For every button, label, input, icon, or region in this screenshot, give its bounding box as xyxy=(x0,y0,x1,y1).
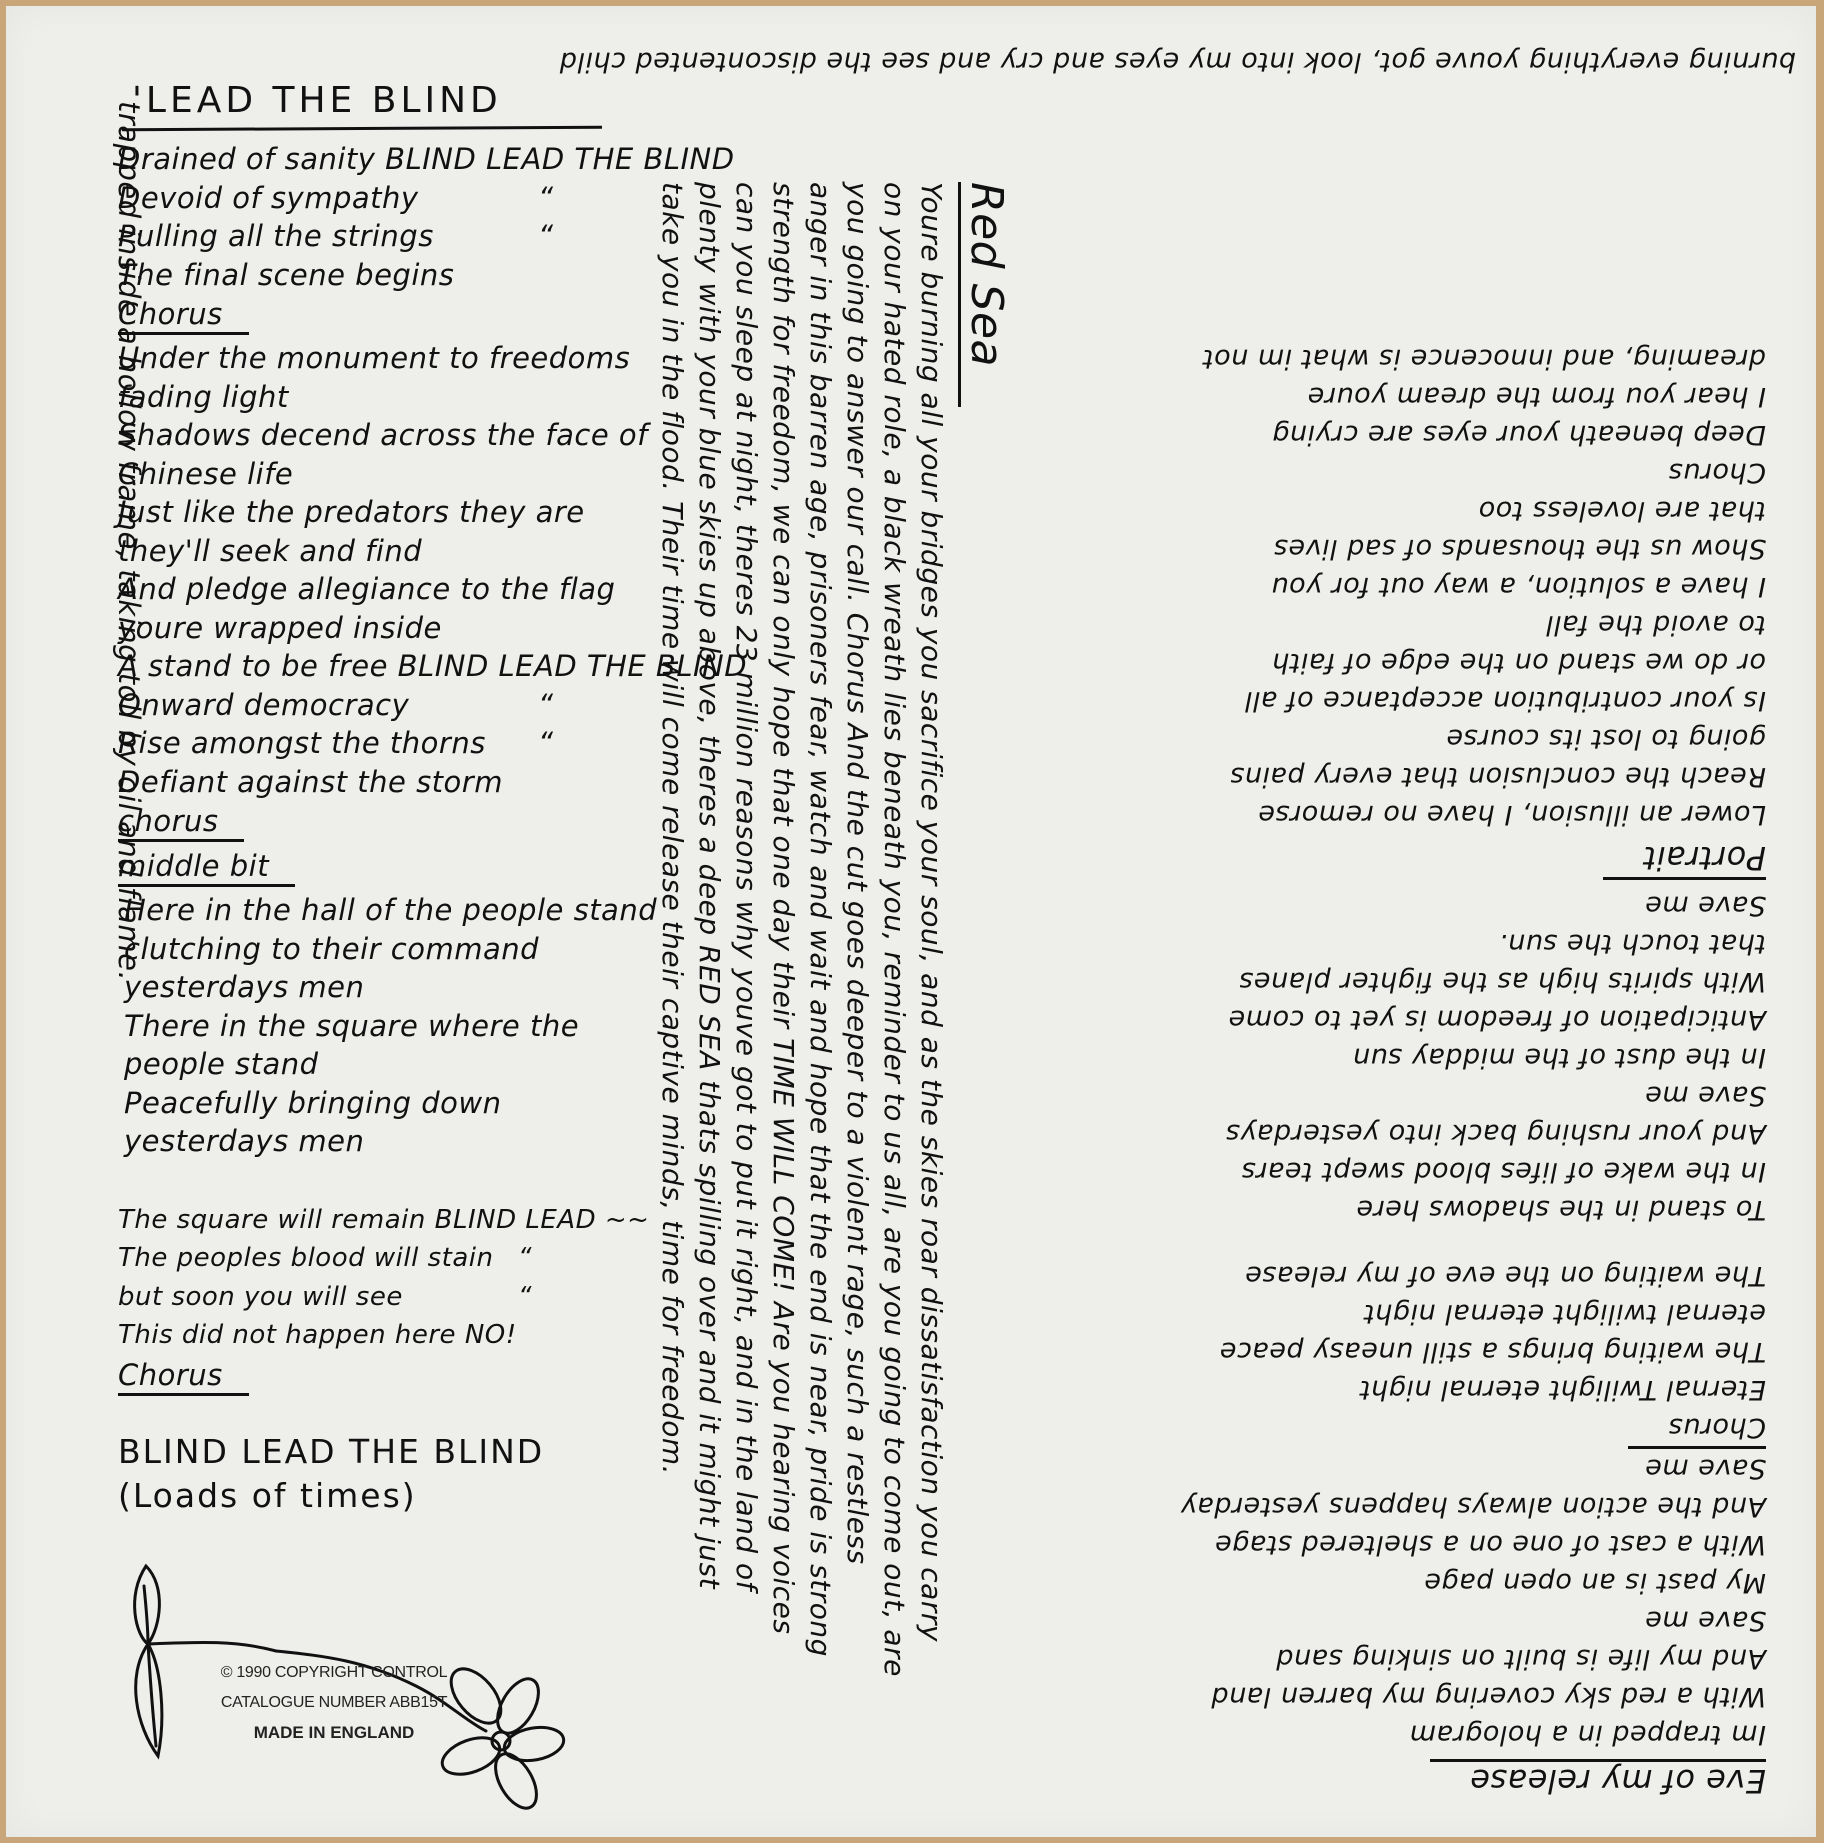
lyric-line: I have a solution, a way out for you xyxy=(986,567,1766,605)
made-in-label: MADE IN ENGLAND xyxy=(184,1718,484,1748)
lyric-line: Defiant against the storm xyxy=(118,763,718,802)
lyric-line: Onward democracy“ xyxy=(118,686,718,725)
lyric-line: To stand in the shadows here xyxy=(986,1190,1766,1228)
lyric-line: The square will remain BLIND LEAD ~~ xyxy=(118,1201,718,1240)
lyric-line: people stand xyxy=(124,1045,718,1084)
lyric-line: that are loveless too xyxy=(986,491,1766,529)
lyric-line: The peoples blood will stain“ xyxy=(118,1239,718,1278)
lyric-line: Reach the conclusion that every pains xyxy=(986,757,1766,795)
lyric-line: Eternal Twilight eternal night xyxy=(986,1370,1766,1408)
copyright-footer: © 1990 COPYRIGHT CONTROL CATALOGUE NUMBE… xyxy=(184,1658,484,1748)
song-title: Eve of my release xyxy=(1430,1759,1766,1800)
lyric-line: Anticipation of freedom is yet to come xyxy=(986,1000,1766,1038)
lyric-line: And your rushing back into yesterdays xyxy=(986,1114,1766,1152)
lyric-line: can you sleep at night, theres 23 millio… xyxy=(728,182,765,1782)
song-red-sea: Red Sea Youre burning all your bridges y… xyxy=(654,182,1012,1782)
lyric-line: With spirits high as the fighter planes xyxy=(986,962,1766,1000)
lyric-line: Deep beneath your eyes are crying xyxy=(986,415,1766,453)
lyric-line: Is your contribution acceptance of all xyxy=(986,681,1766,719)
lyric-line: Show us the thousands of sad lives xyxy=(986,529,1766,567)
lyric-line: you going to answer our call. Chorus And… xyxy=(839,182,876,1782)
lyric-line: Save me xyxy=(986,886,1766,924)
lyric-line: they'll seek and find xyxy=(118,532,718,571)
lyric-line: The final scene begins xyxy=(118,256,718,295)
lyric-line: Youre burning all your bridges you sacri… xyxy=(913,182,950,1782)
lyric-line: In the wake of lifes blood swept tears xyxy=(986,1152,1766,1190)
ditto-mark: “ xyxy=(538,686,554,725)
outro: The square will remain BLIND LEAD ~~ The… xyxy=(118,1201,718,1355)
margin-note: trapped inside a hollow frame, taking to… xyxy=(112,101,146,1181)
lyric-line: With a cast of one on a sheltered stage xyxy=(986,1525,1766,1563)
lyric-line: Save me xyxy=(986,1449,1766,1487)
lyric-line: Here in the hall of the people stand xyxy=(124,891,718,930)
lyric-line: And pledge allegiance to the flag xyxy=(118,570,718,609)
lyric-line: A stand to be free BLIND LEAD THE BLIND xyxy=(118,647,718,686)
lyric-line: take you in the flood. Their time will c… xyxy=(654,182,691,1782)
lyric-line: There in the square where the xyxy=(124,1007,718,1046)
lyric-line: Save me xyxy=(986,1601,1766,1639)
copyright-text: © 1990 COPYRIGHT CONTROL xyxy=(184,1658,484,1688)
lyric-line: And the action always happens yesterday xyxy=(986,1487,1766,1525)
lyric-line: Just like the predators they are xyxy=(118,493,718,532)
song-title: Portrait xyxy=(1603,839,1766,880)
middle-bit: Here in the hall of the people stand clu… xyxy=(118,891,718,1161)
lyric-line: Drained of sanity BLIND LEAD THE BLIND xyxy=(118,140,718,179)
lyric-line: or do we stand on the edge of faith xyxy=(986,643,1766,681)
lyric-line: Peacefully bringing down xyxy=(124,1084,718,1123)
lyric-line: dreaming, and innocence is what im not xyxy=(986,339,1766,377)
lyric-line: fading light xyxy=(118,378,718,417)
lyric-line: Chinese life xyxy=(118,455,718,494)
lyric-line: Pulling all the strings“ xyxy=(118,217,718,256)
finale-refrain: BLIND LEAD THE BLIND xyxy=(118,1430,718,1474)
lyric-line: plenty with your blue skies up above, th… xyxy=(691,182,728,1782)
lyric-line: This did not happen here NO! xyxy=(118,1316,718,1355)
lyric-line: Under the monument to freedoms xyxy=(118,339,718,378)
lyric-line: Devoid of sympathy“ xyxy=(118,179,718,218)
section-label-chorus: Chorus xyxy=(118,1357,249,1396)
lyric-line: Chorus xyxy=(986,453,1766,491)
verse-1: Drained of sanity BLIND LEAD THE BLIND D… xyxy=(118,140,718,294)
ditto-mark: “ xyxy=(538,217,554,256)
song-title: 'LEAD THE BLIND xyxy=(118,80,718,121)
lyric-line: yesterdays men xyxy=(124,1122,718,1161)
right-upside-down-songs: Eve of my release Im trapped in a hologr… xyxy=(1006,66,1786,1806)
lyric-line: I hear you from the dream youre xyxy=(986,377,1766,415)
lyric-line: that touch the sun. xyxy=(986,924,1766,962)
lyric-line: And my life is built on sinking sand xyxy=(986,1639,1766,1677)
lyric-line: Shadows decend across the face of xyxy=(118,416,718,455)
lyric-line: In the dust of the midday sun xyxy=(986,1038,1766,1076)
finale-note: (Loads of times) xyxy=(118,1474,718,1518)
left-song-blind-lead-the-blind: 'LEAD THE BLIND Drained of sanity BLIND … xyxy=(118,80,718,1518)
lyric-line: strength for freedom, we can only hope t… xyxy=(765,182,802,1782)
ditto-mark: “ xyxy=(518,1239,532,1278)
lyric-line: on your hated role, a black wreath lies … xyxy=(876,182,913,1782)
lyric-line: clutching to their command xyxy=(124,930,718,969)
lyric-line: Save me xyxy=(986,1076,1766,1114)
catalogue-number: CATALOGUE NUMBER ABB15T xyxy=(184,1688,484,1718)
lyric-line: youre wrapped inside xyxy=(118,609,718,648)
ditto-mark: “ xyxy=(518,1278,532,1317)
lyric-line: yesterdays men xyxy=(124,968,718,1007)
lyric-line: to avoid the fall xyxy=(986,605,1766,643)
lyric-line: going to lost its course xyxy=(986,719,1766,757)
lyric-line: The waiting on the eve of my release xyxy=(986,1256,1766,1294)
ditto-mark: “ xyxy=(538,724,554,763)
lyric-line: anger in this barren age, prisoners fear… xyxy=(802,182,839,1782)
verse-2: A stand to be free BLIND LEAD THE BLIND … xyxy=(118,647,718,801)
chorus: Under the monument to freedoms fading li… xyxy=(118,339,718,647)
lyric-sheet: burning everything youve got, look into … xyxy=(6,6,1816,1837)
lyric-line: My past is an open page xyxy=(986,1563,1766,1601)
lyric-line: Lower an illusion, I have no remorse xyxy=(986,795,1766,833)
lyric-line: Rise amongst the thorns“ xyxy=(118,724,718,763)
lyric-line: but soon you will see“ xyxy=(118,1278,718,1317)
section-label-chorus: Chorus xyxy=(1628,1408,1766,1449)
title-underline xyxy=(122,126,602,132)
ditto-mark: “ xyxy=(538,179,554,218)
lyric-line: The waiting brings a still uneasy peace xyxy=(986,1332,1766,1370)
lyric-line: eternal twilight eternal night xyxy=(986,1294,1766,1332)
lyric-line: Im trapped in a hologram xyxy=(986,1715,1766,1753)
lyric-line: With a red sky covering my barren land xyxy=(986,1677,1766,1715)
